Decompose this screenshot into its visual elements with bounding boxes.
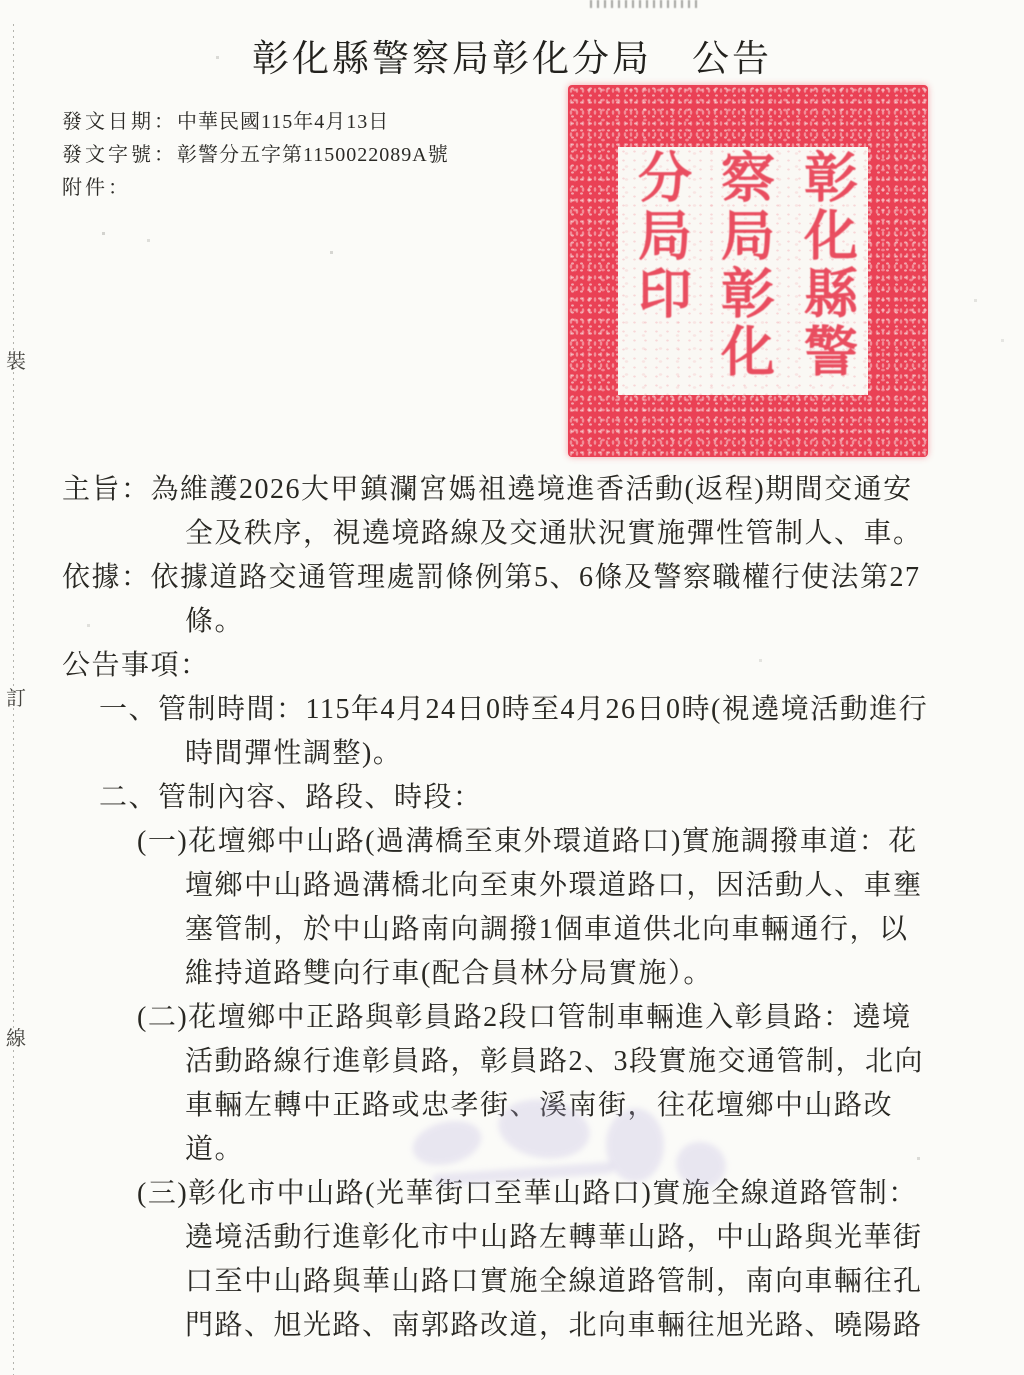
body-line: 一、管制時間：115年4月24日0時至4月26日0時(視遶境活動進行 — [62, 688, 1012, 732]
attachment-label: 附件： — [62, 177, 131, 199]
body-line: 條。 — [62, 600, 1012, 644]
body-line: (二)花壇鄉中正路與彰員路2段口管制車輛進入彰員路：遶境 — [62, 996, 1012, 1040]
body-line: 門路、旭光路、南郭路改道，北向車輛往旭光路、曉陽路 — [62, 1304, 1012, 1348]
body-line: 遶境活動行進彰化市中山路左轉華山路，中山路與光華街 — [62, 1216, 1012, 1260]
body-line: 依據：依據道路交通管理處罰條例第5、6條及警察職權行使法第27 — [62, 556, 1012, 600]
clipped-header-artifact — [590, 0, 698, 8]
body-line: 時間彈性調整)。 — [62, 732, 1012, 776]
bleed-through-mark — [606, 1108, 664, 1182]
body-line: 口至中山路與華山路口實施全線道路管制，南向車輛往孔 — [62, 1260, 1012, 1304]
page-title: 彰化縣警察局彰化分局 公告 — [0, 28, 1024, 82]
announcement-body: 主旨：為維護2026大甲鎮瀾宮媽祖遶境進香活動(返程)期間交通安 全及秩序，視遶… — [62, 468, 1012, 1348]
attachment-row: 附件： — [62, 172, 449, 205]
binding-mark-xian: 線 — [3, 1022, 29, 1051]
body-line: 全及秩序，視遶境路線及交通狀況實施彈性管制人、車。 — [62, 512, 1012, 556]
doc-number-label: 發文字號： — [62, 144, 177, 166]
body-line: 主旨：為維護2026大甲鎮瀾宮媽祖遶境進香活動(返程)期間交通安 — [62, 468, 1012, 512]
scan-noise-specks — [0, 0, 1, 1]
body-line: 壇鄉中山路過溝橋北向至東外環道路口，因活動人、車壅 — [62, 864, 1012, 908]
seal-script-text: 彰化縣警察局彰化分局印 — [619, 149, 868, 393]
doc-number-value: 彰警分五字第1150022089A號 — [177, 144, 449, 166]
issue-date-row: 發文日期：中華民國115年4月13日 — [62, 106, 449, 139]
body-line: 維持道路雙向行車(配合員林分局實施）。 — [62, 952, 1012, 996]
binding-mark-ding: 訂 — [3, 682, 29, 711]
binding-mark-zhuang: 裝 — [3, 345, 29, 374]
issue-date-value: 中華民國115年4月13日 — [177, 111, 389, 133]
body-line: 公告事項： — [62, 644, 1012, 688]
body-line: 塞管制，於中山路南向調撥1個車道供北向車輛通行，以 — [62, 908, 1012, 952]
doc-number-row: 發文字號：彰警分五字第1150022089A號 — [62, 139, 449, 172]
meta-block: 發文日期：中華民國115年4月13日 發文字號：彰警分五字第1150022089… — [62, 106, 449, 205]
issue-date-label: 發文日期： — [62, 111, 177, 133]
body-line: 二、管制內容、路段、時段： — [62, 776, 1012, 820]
official-seal-stamp: 彰化縣警察局彰化分局印 — [568, 85, 928, 457]
seal-inner-panel: 彰化縣警察局彰化分局印 — [618, 147, 868, 395]
body-line: 活動路線行進彰員路，彰員路2、3段實施交通管制，北向 — [62, 1040, 1012, 1084]
body-line: (一)花壇鄉中山路(過溝橋至東外環道路口)實施調撥車道：花 — [62, 820, 1012, 864]
